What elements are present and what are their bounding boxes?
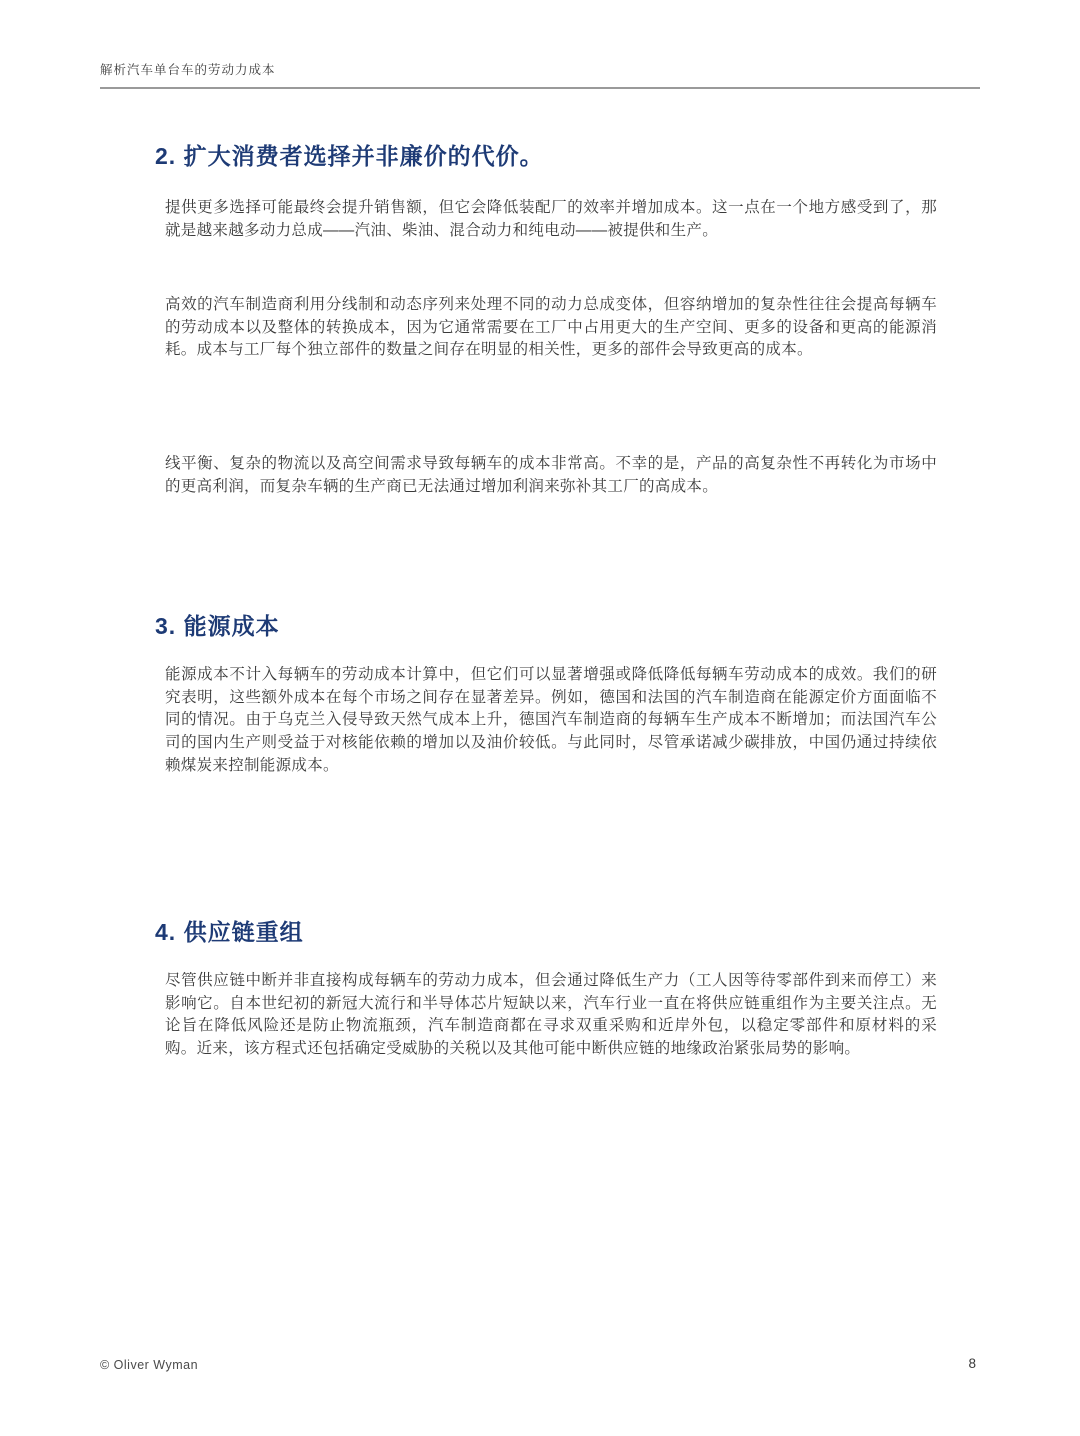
footer-copyright: © Oliver Wyman — [100, 1358, 198, 1372]
footer-page-number: 8 — [968, 1356, 976, 1371]
page-content: 2. 扩大消费者选择并非廉价的代价。 提供更多选择可能最终会提升销售额，但它会降… — [0, 0, 1080, 1061]
section-3-paragraph-1: 能源成本不计入每辆车的劳动成本计算中，但它们可以显著增强或降低降低每辆车劳动成本… — [165, 664, 937, 777]
section-2-paragraph-2: 高效的汽车制造商利用分线制和动态序列来处理不同的动力总成变体，但容纳增加的复杂性… — [165, 294, 937, 362]
section-2-paragraph-1: 提供更多选择可能最终会提升销售额，但它会降低装配厂的效率并增加成本。这一点在一个… — [165, 197, 937, 242]
section-4-paragraph-1: 尽管供应链中断并非直接构成每辆车的劳动力成本，但会通过降低生产力（工人因等待零部… — [165, 970, 937, 1060]
section-heading-3: 3. 能源成本 — [155, 608, 935, 641]
section-heading-4: 4. 供应链重组 — [155, 914, 935, 947]
section-2-paragraph-3: 线平衡、复杂的物流以及高空间需求导致每辆车的成本非常高。不幸的是，产品的高复杂性… — [165, 453, 937, 498]
section-heading-2: 2. 扩大消费者选择并非廉价的代价。 — [155, 138, 935, 171]
document-page: 解析汽车单台车的劳动力成本 2. 扩大消费者选择并非廉价的代价。 提供更多选择可… — [0, 0, 1080, 1436]
